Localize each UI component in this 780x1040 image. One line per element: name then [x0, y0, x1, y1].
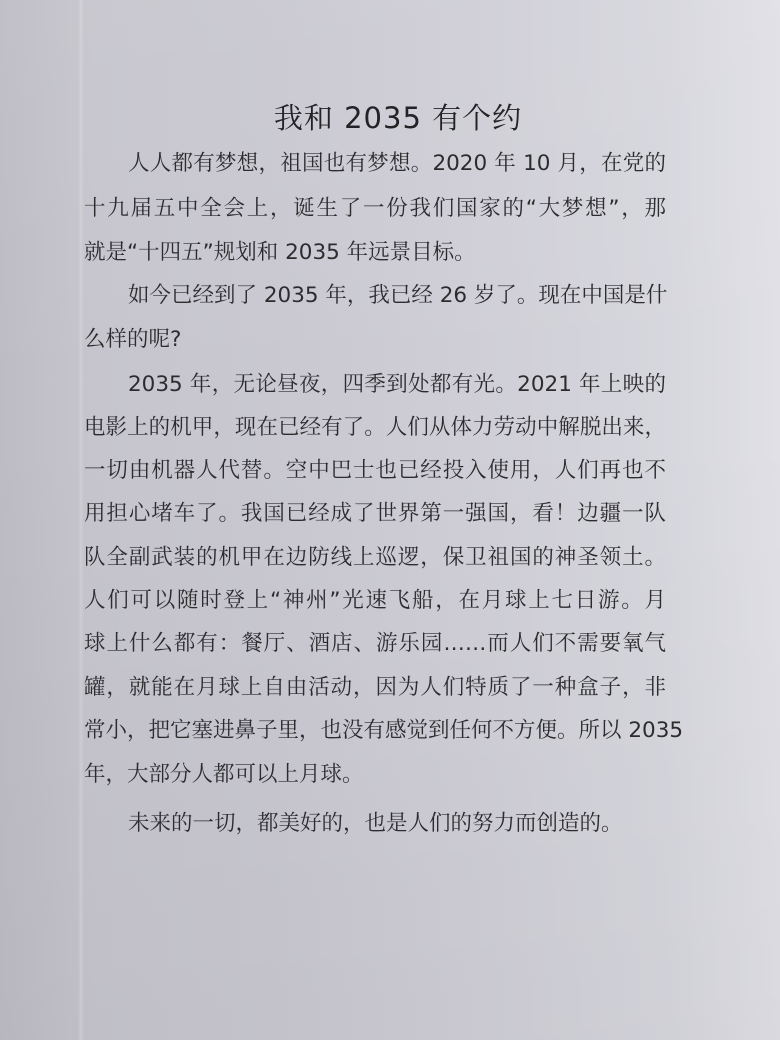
paragraph-1-line-3: 就是“十四五”规划和 2035 年远景目标。	[84, 235, 666, 271]
paragraph-3-line-5: 队全副武装的机甲在边防线上巡逻，保卫祖国的神圣领土。	[84, 540, 666, 576]
paragraph-3-line-1: 2035 年，无论昼夜，四季到处都有光。2021 年上映的	[128, 367, 666, 403]
paragraph-3-line-9: 常小，把它塞进鼻子里，也没有感觉到任何不方便。所以 2035	[84, 713, 666, 749]
paragraph-3-line-2: 电影上的机甲，现在已经有了。人们从体力劳动中解脱出来，	[84, 410, 666, 446]
paragraph-1-line-2: 十九届五中全会上，诞生了一份我们国家的“大梦想”，那	[84, 191, 666, 227]
paragraph-3-line-6: 人们可以随时登上“神州”光速飞船，在月球上七日游。月	[84, 583, 666, 619]
paragraph-3-line-7: 球上什么都有：餐厅、酒店、游乐园……而人们不需要氧气	[84, 626, 666, 662]
paragraph-1-line-1: 人人都有梦想，祖国也有梦想。2020 年 10 月，在党的	[128, 146, 666, 182]
paragraph-2-line-1: 如今已经到了 2035 年，我已经 26 岁了。现在中国是什	[128, 278, 666, 314]
paragraph-3-line-3: 一切由机器人代替。空中巴士也已经投入使用，人们再也不	[84, 453, 666, 489]
paragraph-3-line-8: 罐，就能在月球上自由活动，因为人们特质了一种盒子，非	[84, 670, 666, 706]
paragraph-3-line-4: 用担心堵车了。我国已经成了世界第一强国，看！边疆一队	[84, 496, 666, 532]
document-title: 我和 2035 有个约	[0, 98, 780, 138]
paragraph-2-line-2: 么样的呢?	[84, 322, 666, 358]
paragraph-3-line-10: 年，大部分人都可以上月球。	[84, 757, 666, 793]
paragraph-4-line-1: 未来的一切，都美好的，也是人们的努力而创造的。	[128, 806, 666, 842]
document-page: 我和 2035 有个约 人人都有梦想，祖国也有梦想。2020 年 10 月，在党…	[0, 0, 780, 1040]
